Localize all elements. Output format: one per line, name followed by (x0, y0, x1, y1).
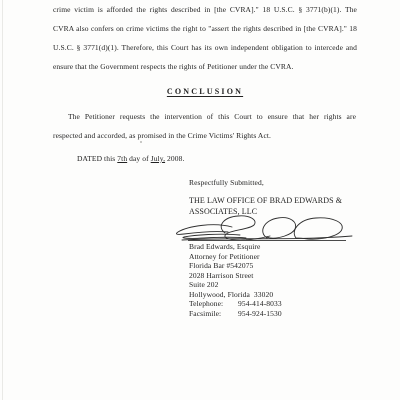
conclusion-heading: CONCLUSION (53, 87, 357, 96)
dated-month: July, (151, 154, 165, 163)
attorney-contact-block: Brad Edwards, Esquire Attorney for Petit… (189, 242, 282, 318)
paragraph-line: crime victim is afforded the rights desc… (53, 0, 357, 19)
attorney-phone-line: Telephone:954-414-8033 (189, 299, 282, 309)
attorney-street: 2028 Harrison Street (189, 271, 282, 281)
attorney-city-state-zip: Hollywood, Florida 33020 (189, 290, 282, 300)
fax-number: 954-924-1530 (238, 309, 282, 318)
signature-rule (188, 240, 346, 241)
paragraph-cvra-rights: crime victim is afforded the rights desc… (53, 0, 357, 76)
paragraph-line: CVRA also confers on crime victims the r… (53, 19, 357, 38)
scanned-legal-document-page: crime victim is afforded the rights desc… (0, 0, 400, 400)
paragraph-line: ensure that the Government respects the … (53, 57, 357, 76)
fax-label: Facsimile: (189, 309, 238, 319)
attorney-title: Attorney for Petitioner (189, 252, 282, 262)
handwritten-signature (170, 212, 356, 242)
paragraph-petitioner-request: The Petitioner requests the intervention… (53, 107, 356, 145)
paragraph-line: The Petitioner requests the intervention… (53, 107, 356, 126)
dated-suffix: 2008. (165, 154, 184, 163)
phone-label: Telephone: (189, 299, 238, 309)
attorney-name: Brad Edwards, Esquire (189, 242, 282, 252)
paragraph-line: U.S.C. § 3771(d)(1). Therefore, this Cou… (53, 38, 357, 57)
attorney-suite: Suite 202 (189, 280, 282, 290)
dated-day: 7th (117, 154, 127, 163)
dated-middle: day of (127, 154, 151, 163)
phone-number: 954-414-8033 (238, 299, 282, 308)
law-firm-name-line1: THE LAW OFFICE OF BRAD EDWARDS & (189, 196, 359, 207)
attorney-fax-line: Facsimile:954-924-1530 (189, 309, 282, 319)
paragraph-line: respected and accorded, as promised in t… (53, 126, 356, 145)
scan-edge-artifact (2, 0, 3, 400)
attorney-bar-number: Florida Bar #542075 (189, 261, 282, 271)
dated-prefix: DATED this (77, 154, 117, 163)
respectfully-submitted-line: Respectfully Submitted, (189, 178, 264, 187)
dated-line: DATED this 7th day of July, 2008. (77, 154, 184, 163)
